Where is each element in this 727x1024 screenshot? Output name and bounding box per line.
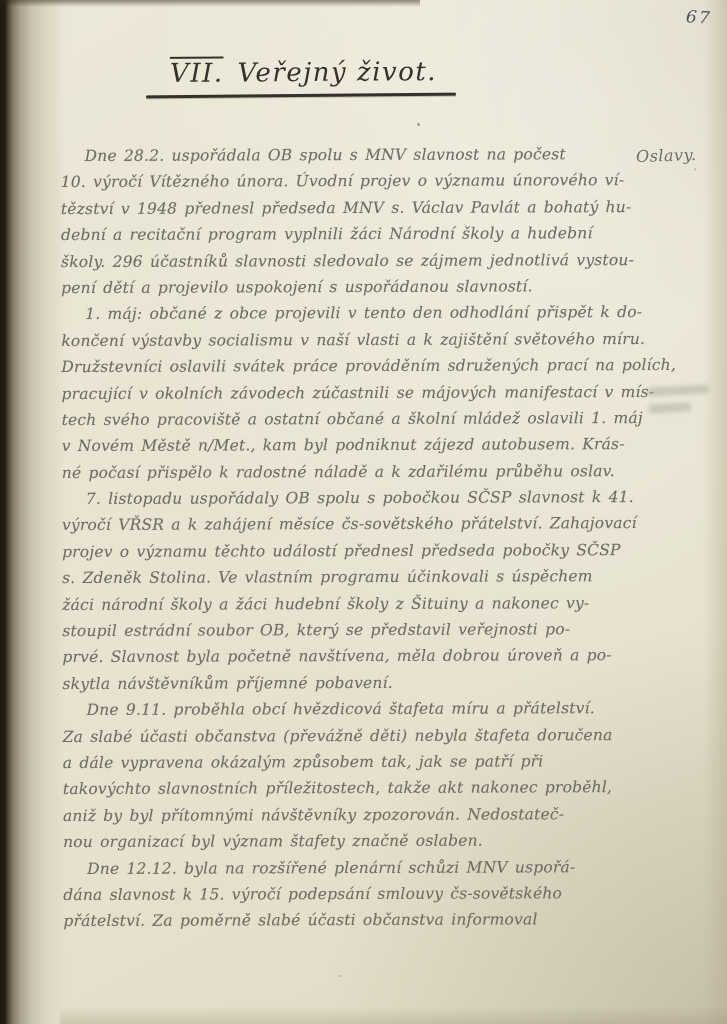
paper-speck bbox=[338, 975, 341, 977]
handwritten-line: dána slavnost k 15. výročí podepsání sml… bbox=[63, 880, 655, 908]
page-edge-bottom bbox=[60, 1006, 727, 1024]
handwritten-line: končení výstavby socialismu v naší vlast… bbox=[61, 326, 653, 354]
handwritten-line: Dne 9.11. proběhla obcí hvězdicová štafe… bbox=[63, 695, 655, 723]
bleedthrough-stroke bbox=[647, 384, 709, 396]
handwritten-line: 10. výročí Vítězného února. Úvodní proje… bbox=[61, 167, 653, 195]
handwritten-line: 1. máj: občané z obce projevili v tento … bbox=[61, 299, 653, 327]
handwritten-line: Družstevníci oslavili svátek práce prová… bbox=[61, 352, 653, 380]
page-number: 67 bbox=[685, 7, 712, 29]
handwritten-line: stoupil estrádní soubor OB, který se pře… bbox=[62, 616, 654, 644]
handwritten-line: 7. listopadu uspořádaly OB spolu s poboč… bbox=[62, 484, 654, 512]
handwritten-line: pracující v okolních závodech zúčastnili… bbox=[61, 378, 653, 406]
page-edge-top bbox=[0, 0, 420, 7]
handwritten-line: Dne 28.2. uspořádala OB spolu s MNV slav… bbox=[61, 141, 653, 169]
bleedthrough-stroke bbox=[648, 402, 692, 413]
handwritten-line: školy. 296 účastníků slavnosti sledovalo… bbox=[61, 247, 653, 275]
handwritten-line: pení dětí a projevilo uspokojení s uspoř… bbox=[61, 273, 653, 301]
handwritten-line: Dne 12.12. byla na rozšířené plenární sc… bbox=[63, 854, 655, 882]
paper-speck bbox=[417, 123, 420, 126]
handwritten-line: né počasí přispělo k radostné náladě a k… bbox=[62, 458, 654, 486]
handwritten-line: aniž by byl přítomnými návštěvníky zpozo… bbox=[63, 801, 655, 829]
scanned-chronicle-page: 67 VII.Veřejný život. Oslavy. Dne 28.2. … bbox=[0, 0, 727, 1024]
title-underline bbox=[146, 93, 456, 99]
handwritten-line: výročí VŘSR a k zahájení měsíce čs-sovět… bbox=[62, 510, 654, 538]
handwritten-line: projev o významu těchto událostí přednes… bbox=[62, 537, 654, 565]
handwritten-line: přátelství. Za poměrně slabé účasti obča… bbox=[63, 906, 655, 934]
handwritten-line: takovýchto slavnostních příležitostech, … bbox=[63, 774, 655, 802]
paper-speck bbox=[564, 311, 566, 313]
paper-speck bbox=[694, 168, 696, 171]
section-title-text: Veřejný život. bbox=[237, 57, 437, 88]
section-title: VII.Veřejný život. bbox=[170, 57, 437, 89]
handwritten-line: nou organizací byl význam štafety značně… bbox=[63, 827, 655, 855]
section-numeral: VII. bbox=[170, 59, 224, 89]
handwritten-line: žáci národní školy a žáci hudební školy … bbox=[62, 590, 654, 618]
handwritten-line: skytla návštěvníkům příjemné pobavení. bbox=[62, 669, 654, 697]
handwritten-line: v Novém Městě n/Met., kam byl podniknut … bbox=[62, 431, 654, 459]
handwritten-line: prvé. Slavnost byla početně navštívena, … bbox=[62, 642, 654, 670]
handwritten-body: Dne 28.2. uspořádala OB spolu s MNV slav… bbox=[61, 141, 656, 935]
handwritten-line: a dále vypravena okázalým způsobem tak, … bbox=[63, 748, 655, 776]
handwritten-line: s. Zdeněk Stolina. Ve vlastním programu … bbox=[62, 563, 654, 591]
page-edge-right bbox=[703, 0, 727, 1024]
ink-bleedthrough-mark bbox=[647, 384, 711, 421]
handwritten-line: tech svého pracoviště a ostatní občané a… bbox=[62, 405, 654, 433]
handwritten-line: Za slabé účasti občanstva (převážně děti… bbox=[63, 722, 655, 750]
book-binding-edge bbox=[0, 0, 66, 1024]
handwritten-line: tězství v 1948 přednesl předseda MNV s. … bbox=[61, 194, 653, 222]
handwritten-line: dební a recitační program vyplnili žáci … bbox=[61, 220, 653, 248]
